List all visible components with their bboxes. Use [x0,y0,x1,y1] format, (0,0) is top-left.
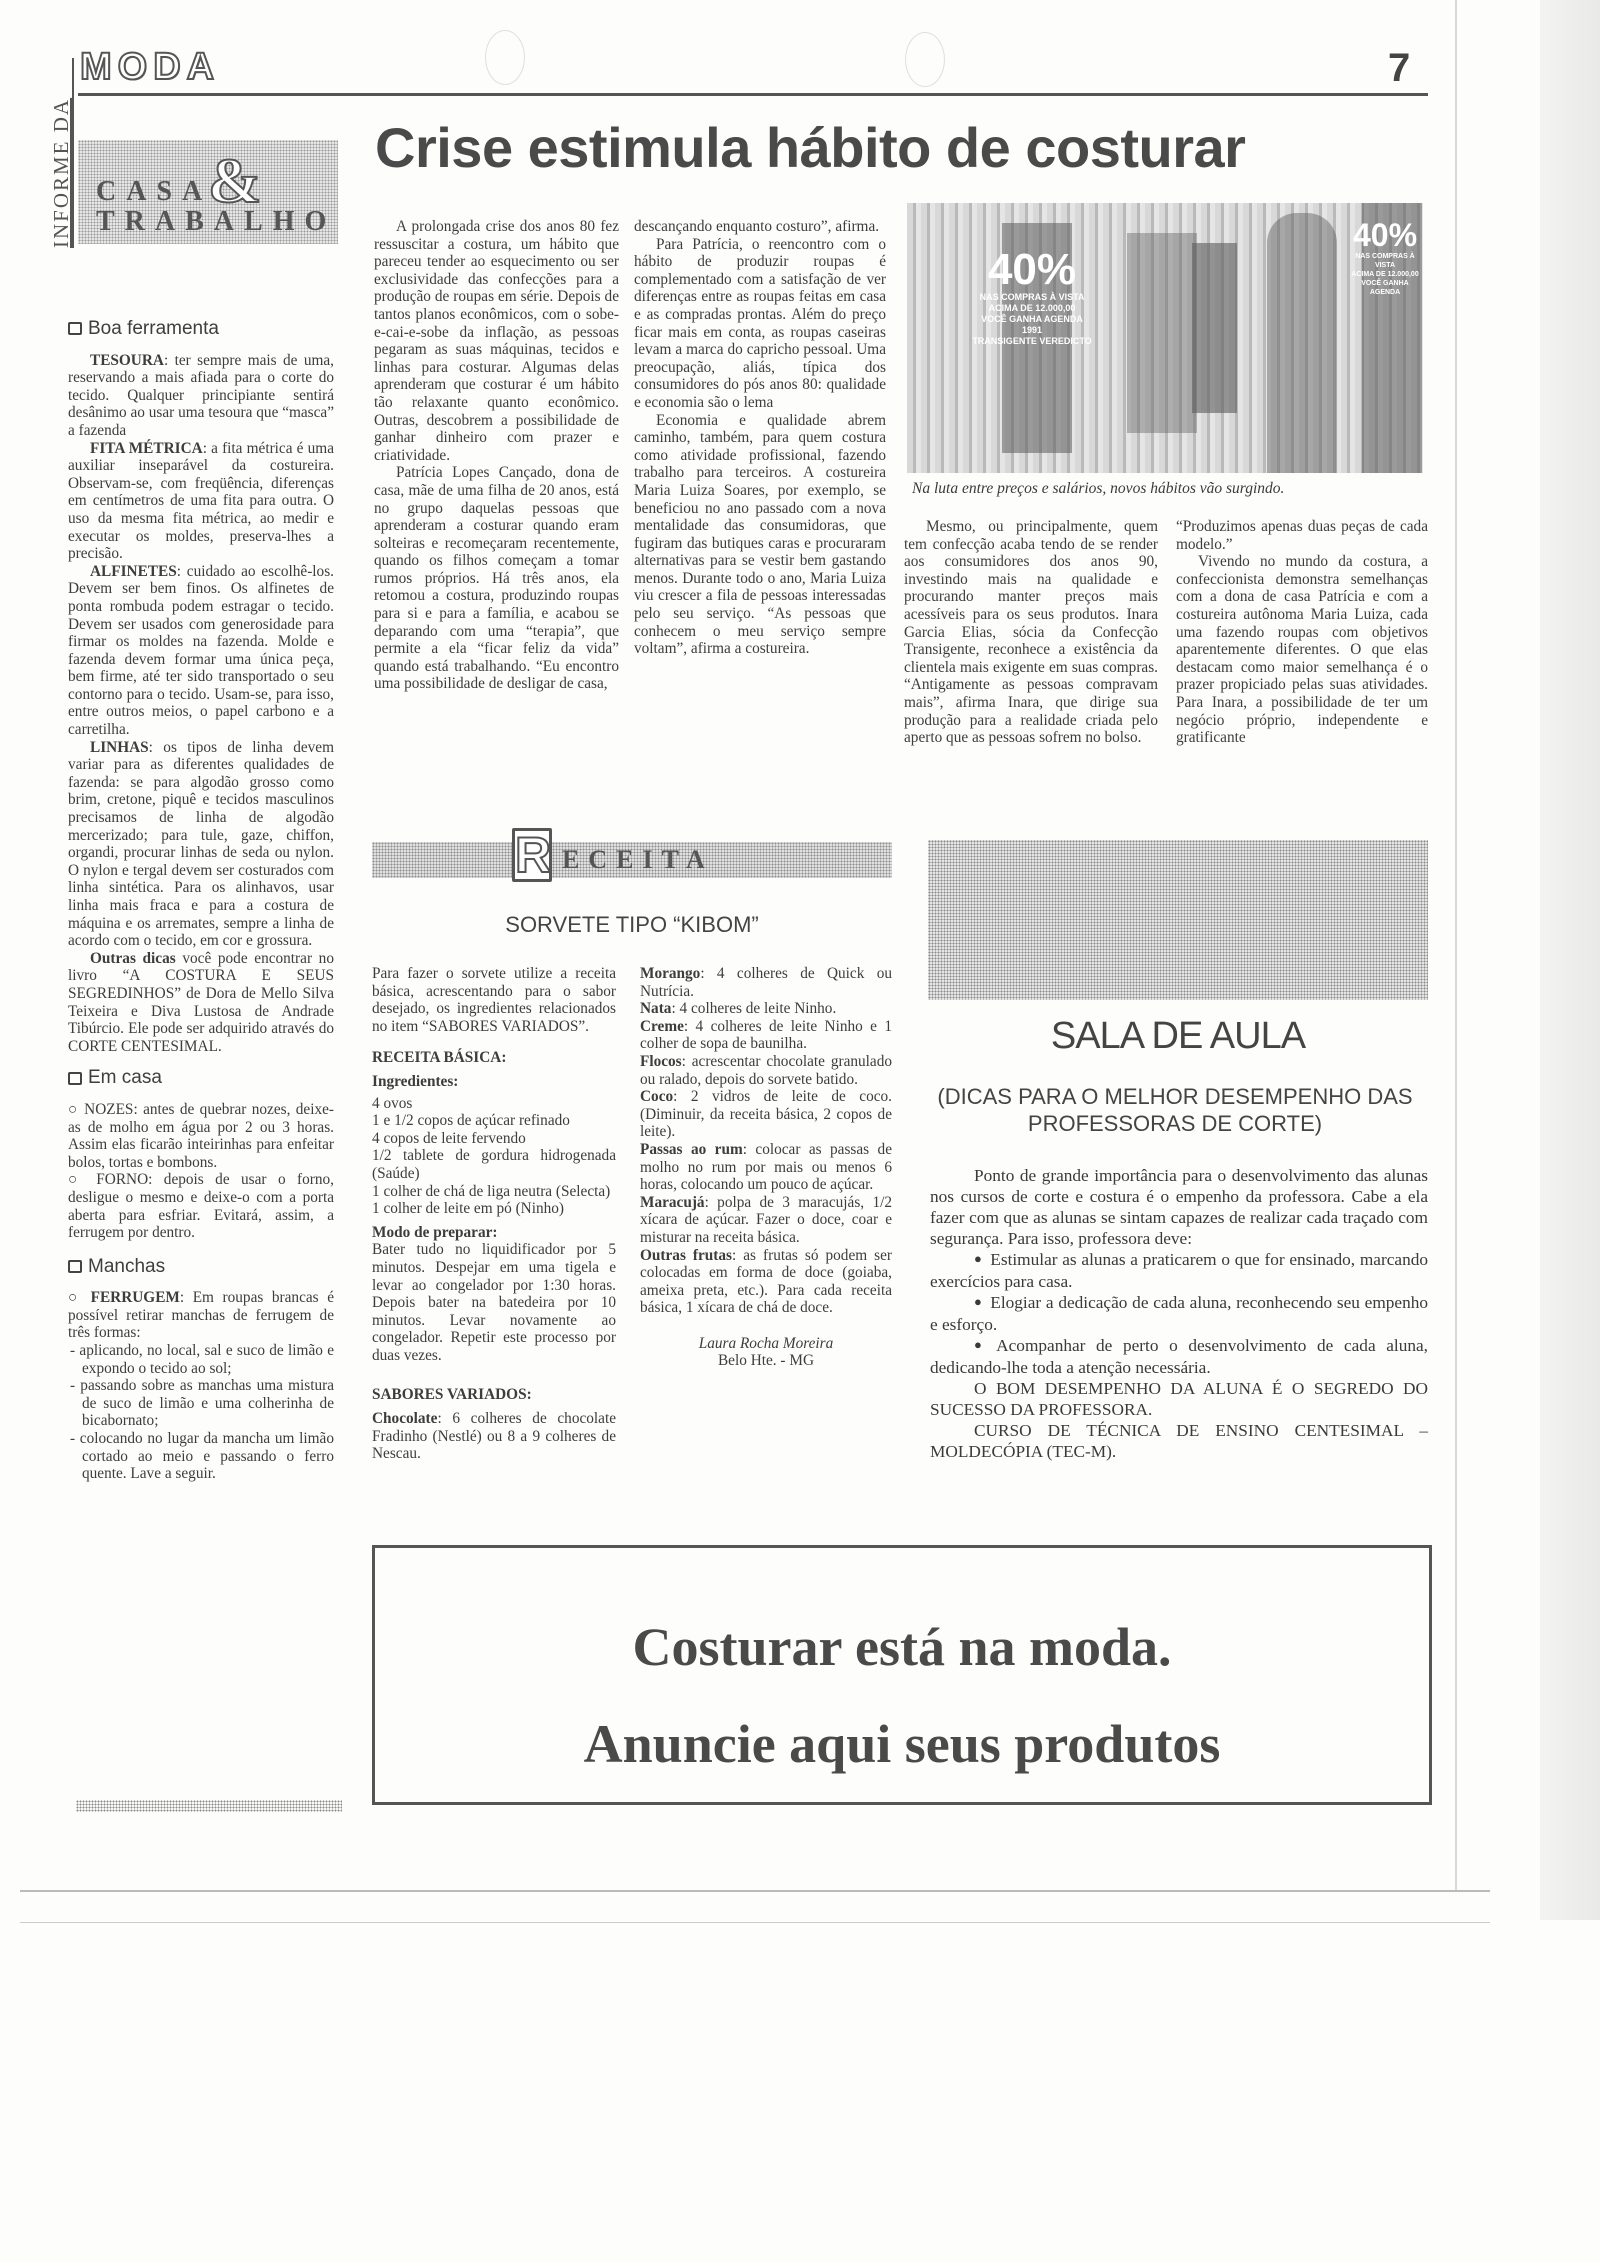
article-paragraph: Para Patrícia, o reencontro com o hábito… [634,236,886,412]
logo-casa: CASA [96,176,212,208]
page-edge [1455,0,1457,1890]
sign-line: NAS COMPRAS À VISTA [967,292,1097,303]
ingredient-item: 1 colher de leite em pó (Ninho) [372,1200,616,1218]
ingredient-item: 1/2 tablete de gordura hidrogenada (Saúd… [372,1147,616,1182]
flavor-passas: Passas ao rum: colocar as passas de molh… [640,1141,892,1194]
article-column-3: Mesmo, ou principalmente, quem tem confe… [904,518,1158,747]
section-heading: Manchas [88,1258,165,1276]
recipe-basic-heading: RECEITA BÁSICA: [372,1049,616,1067]
photo-caption: Na luta entre preços e salários, novos h… [912,480,1284,498]
prep-text: Bater tudo no liquidificador por 5 minut… [372,1241,616,1364]
flavor-outras-frutas: Outras frutas: as frutas só podem ser co… [640,1247,892,1317]
tip-term: ○ NOZES [68,1101,133,1118]
tip-term: FITA MÉTRICA [90,440,203,457]
article-column-2: descançando enquanto costuro”, afirma. P… [634,218,886,658]
sala-de-aula-subtitle: (DICAS PARA O MELHOR DESEMPENHO DAS PROF… [915,1083,1435,1137]
page-bottom-edge-2 [20,1922,1490,1923]
sign-percent: 40% [967,248,1097,292]
page-edge-shadow [1540,0,1600,1920]
sign-line: ACIMA DE 12.000,00 [967,303,1097,314]
flavor-coco: Coco: 2 vidros de leite de coco. (Diminu… [640,1088,892,1141]
sign-line: VOCÊ GANHA AGENDA [1347,279,1423,297]
list-item: - aplicando, no local, sal e suco de lim… [68,1342,334,1377]
recipe-column-2: Morango: 4 colheres de Quick ou Nutrícia… [640,965,892,1370]
ad-line-1: Costurar está na moda. [375,1616,1429,1678]
flavor-name: Chocolate [372,1410,437,1427]
tip-linhas: LINHAS: os tipos de linha devem variar p… [68,739,334,950]
article-paragraph: Vivendo no mundo da costura, a confeccio… [1176,553,1428,747]
section-heading: Em casa [88,1069,162,1087]
photo-sale-sign-right: 40% NAS COMPRAS À VISTA ACIMA DE 12.000,… [1347,218,1423,297]
ingredients-list: 4 ovos 1 e 1/2 copos de açúcar refinado … [372,1095,616,1218]
left-tips-column: Boa ferramenta TESOURA: ter sempre mais … [68,312,334,1483]
flavor-creme: Creme: 4 colheres de leite Ninho e 1 col… [640,1018,892,1053]
ingredient-item: 1 colher de chá de liga neutra (Selecta) [372,1183,616,1201]
flavor-name: Morango [640,965,700,982]
square-checkbox-icon [68,322,82,335]
tip-tesoura: TESOURA: ter sempre mais de uma, reserva… [68,352,334,440]
recipe-intro: Para fazer o sorvete utilize a receita b… [372,965,616,1035]
sign-line: 1991 [967,325,1097,336]
advertisement-box: Costurar está na moda. Anuncie aqui seus… [372,1545,1432,1805]
tip-term: Outras dicas [90,950,176,967]
ingredient-item: 1 e 1/2 copos de açúcar refinado [372,1112,616,1130]
variados-heading: SABORES VARIADOS: [372,1386,616,1404]
sala-closing: O BOM DESEMPENHO DA ALUNA É O SEGREDO DO… [930,1378,1428,1420]
sala-bullet: Acompanhar de perto o desenvolvimento de… [930,1335,1428,1378]
sala-dotted-banner [928,840,1428,1000]
flavor-name: Flocos [640,1053,682,1070]
article-paragraph: descançando enquanto costuro”, afirma. [634,218,886,236]
photo-person [1267,213,1337,473]
page-bottom-edge [20,1890,1490,1892]
receita-initial: R [512,828,552,882]
section-boa-ferramenta: Boa ferramenta [68,320,334,338]
casa-trabalho-logo: CASA & TRABALHO [78,140,338,244]
vertical-section-text: INFORME DA [49,98,74,248]
tip-fita-metrica: FITA MÉTRICA: a fita métrica é uma auxil… [68,440,334,563]
sala-de-aula-body: Ponto de grande importância para o desen… [930,1165,1428,1462]
tip-term: ○ FORNO [68,1171,148,1188]
article-paragraph: A prolongada crise dos anos 80 fez ressu… [374,218,619,464]
photo-mannequin [1127,233,1197,433]
section-title-moda: MODA [80,46,220,89]
tip-alfinetes: ALFINETES: cuidado ao escolhê-los. Devem… [68,563,334,739]
flavor-name: Creme [640,1018,684,1035]
ingredients-heading: Ingredientes: [372,1073,616,1091]
article-paragraph: Economia e qualidade abrem caminho, tamb… [634,412,886,658]
list-item: - passando sobre as manchas uma mistura … [68,1377,334,1430]
tip-ferrugem: ○ FERRUGEM: Em roupas brancas é possível… [68,1289,334,1342]
tip-forno: ○ FORNO: depois de usar o forno, desligu… [68,1171,334,1241]
photo-mannequin [1192,243,1237,413]
recipe-location: Belo Hte. - MG [640,1352,892,1370]
ingredient-item: 4 ovos [372,1095,616,1113]
tip-text: : a fita métrica é uma auxiliar insepará… [68,440,334,563]
tip-outras-dicas: Outras dicas você pode encontrar no livr… [68,950,334,1056]
flavor-maracuja: Maracujá: polpa de 3 maracujás, 1/2 xíca… [640,1194,892,1247]
binder-hole-mark [485,30,525,85]
store-window-photo: 40% NAS COMPRAS À VISTA ACIMA DE 12.000,… [907,203,1423,473]
flavor-name: Passas ao rum [640,1141,743,1158]
recipe-title: SORVETE TIPO “KIBOM” [372,912,892,938]
ferrugem-methods-list: - aplicando, no local, sal e suco de lim… [68,1342,334,1483]
sala-intro: Ponto de grande importância para o desen… [930,1165,1428,1249]
flavor-flocos: Flocos: acrescentar chocolate granulado … [640,1053,892,1088]
sala-bullet: Elogiar a dedicação de cada aluna, recon… [930,1292,1428,1335]
headline: Crise estimula hábito de costurar [375,115,1245,180]
article-column-1: A prolongada crise dos anos 80 fez ressu… [374,218,619,693]
article-paragraph: Mesmo, ou principalmente, quem tem confe… [904,518,1158,747]
tip-text: : cuidado ao escolhê-los. Devem ser bem … [68,563,334,738]
sala-signature: CURSO DE TÉCNICA DE ENSINO CENTESIMAL – … [930,1420,1428,1462]
list-item: - colocando no lugar da mancha um limão … [68,1430,334,1483]
tip-term: ○ FERRUGEM [68,1289,180,1306]
section-heading: Boa ferramenta [88,320,219,338]
header-rule [78,93,1428,96]
flavor-name: Nata [640,1000,671,1017]
receita-banner: R ECEITA [372,842,892,878]
logo-trabalho: TRABALHO [96,206,336,238]
flavor-text: : 2 vidros de leite de coco. (Diminuir, … [640,1088,892,1140]
flavor-morango: Morango: 4 colheres de Quick ou Nutrícia… [640,965,892,1000]
informe-da-label: INFORME DA [44,58,74,248]
flavor-nata: Nata: 4 colheres de leite Ninho. [640,1000,892,1018]
article-paragraph: Patrícia Lopes Cançado, dona de casa, mã… [374,464,619,693]
decorative-dot-strip [76,1800,342,1812]
section-manchas: Manchas [68,1258,334,1276]
page-number: 7 [1388,46,1410,91]
tip-text: : os tipos de linha devem variar para as… [68,739,334,950]
sign-line: TRANSIGENTE VEREDICTO [967,336,1097,347]
receita-word: ECEITA [562,845,714,875]
binder-hole-mark [905,32,945,87]
ingredient-item: 4 copos de leite fervendo [372,1130,616,1148]
tip-nozes: ○ NOZES: antes de quebrar nozes, deixe-a… [68,1101,334,1171]
sign-line: NAS COMPRAS À VISTA [1347,252,1423,270]
article-column-4: “Produzimos apenas duas peças de cada mo… [1176,518,1428,747]
sign-line: VOCÊ GANHA AGENDA [967,314,1097,325]
tip-term: LINHAS [90,739,149,756]
tip-term: ALFINETES [90,563,177,580]
flavor-name: Coco [640,1088,673,1105]
sign-percent: 40% [1347,218,1423,252]
flavor-chocolate: Chocolate: 6 colheres de chocolate Fradi… [372,1410,616,1463]
recipe-column-1: Para fazer o sorvete utilize a receita b… [372,965,616,1463]
tip-term: TESOURA [90,352,164,369]
sala-bullet: Estimular as alunas a praticarem o que f… [930,1249,1428,1292]
flavor-name: Maracujá [640,1194,705,1211]
square-checkbox-icon [68,1260,82,1273]
flavor-text: : 4 colheres de leite Ninho. [671,1000,836,1017]
photo-sale-sign-left: 40% NAS COMPRAS À VISTA ACIMA DE 12.000,… [967,248,1097,347]
prep-heading: Modo de preparar: [372,1224,616,1242]
ad-line-2: Anuncie aqui seus produtos [375,1713,1429,1775]
sala-de-aula-title: SALA DE AULA [928,1015,1428,1058]
sign-line: ACIMA DE 12.000,00 [1347,270,1423,279]
section-em-casa: Em casa [68,1069,334,1087]
recipe-author: Laura Rocha Moreira [640,1335,892,1353]
article-paragraph: “Produzimos apenas duas peças de cada mo… [1176,518,1428,553]
square-checkbox-icon [68,1072,82,1085]
flavor-name: Outras frutas [640,1247,732,1264]
